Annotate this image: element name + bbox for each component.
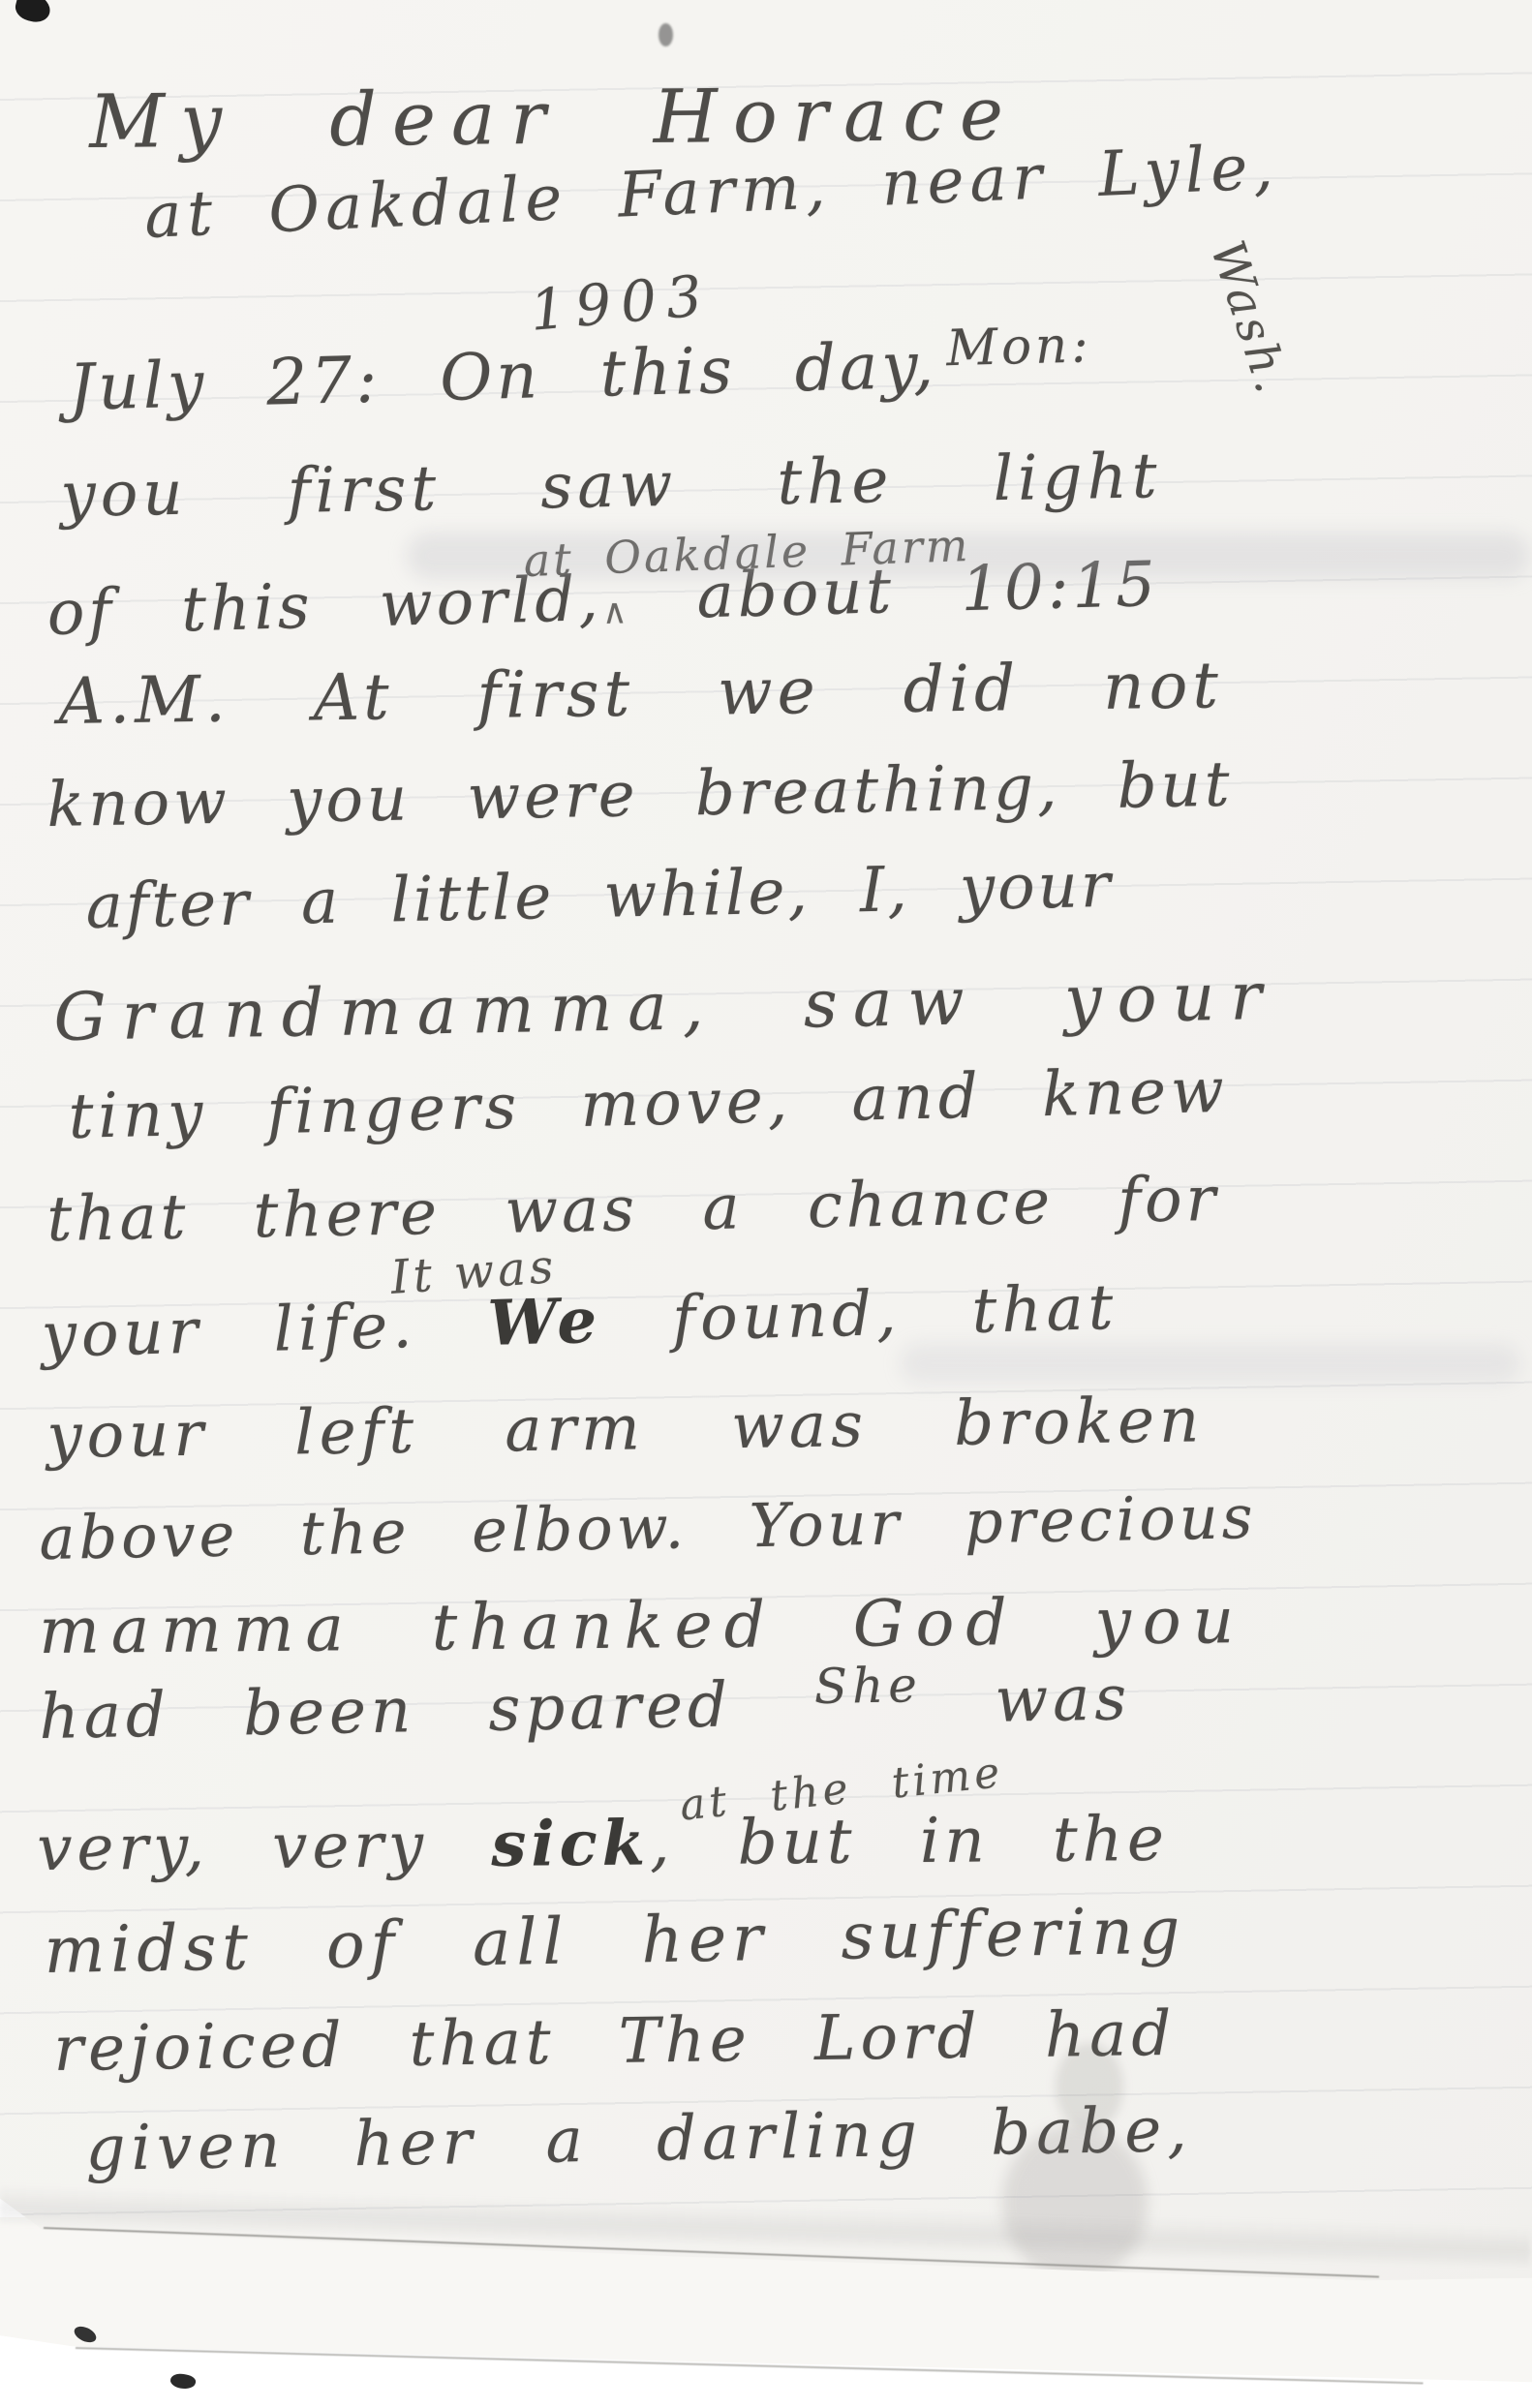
letter-line-l18: very, very sick, but in the [37,1809,1169,1880]
letter-line-l12: that there was a chance for [46,1169,1220,1251]
letter-text-segment: that there was a chance for [46,1164,1220,1256]
letter-line-year: 1903 [528,267,714,339]
letter-text-segment: rejoiced that The Lord had [53,1998,1177,2086]
letter-line-l14: your left arm was broken [46,1389,1205,1468]
letter-line-l7: A.M. At first we did not [58,654,1223,734]
letter-line-july: July 27: On this day,Mon: [68,329,1093,420]
letter-line-l20: rejoiced that The Lord had [53,2003,1177,2081]
letter-text-segment: A.M. At first we did not [58,648,1223,739]
letter-text-segment: Mon: [946,316,1093,378]
letter-text-segment: you first saw the light [60,441,1162,532]
letter-line-l8: know you were breathing, but [46,754,1234,837]
scan-smudge [901,1344,1520,1383]
letter-text-segment: tiny fingers move, and knew [68,1055,1230,1153]
letter-text-segment: after a little while, I, your [85,850,1114,943]
letter-text-segment: above the elbow. Your precious [39,1481,1257,1573]
letter-line-l10: Grandmamma, saw your [53,964,1277,1052]
letter-paper: My dear Horaceat Oakdale Farm, near Lyle… [0,0,1532,2408]
letter-text-segment: know you were breathing, but [46,749,1234,841]
bottom-edge-mark [169,2372,197,2391]
letter-text-segment: very, very [37,1810,492,1885]
letter-line-l9: after a little while, I, your [85,855,1114,938]
letter-text-segment: Grandmamma, saw your [53,959,1278,1056]
letter-line-l17: had been spared She was [39,1667,1132,1749]
letter-line-l15: above the elbow. Your precious [39,1487,1257,1569]
margin-note-vertical: Wash. [1200,234,1301,403]
scan-smudge [407,533,1530,579]
letter-text-segment: sick [491,1807,650,1880]
letter-text-segment: 1903 [528,262,715,344]
corner-ink-mark [13,0,53,25]
letter-text-segment: was [921,1662,1131,1738]
letter-line-l19: midst of all her suffering [44,1899,1186,1983]
letter-line-l5: you first saw the light [60,445,1162,527]
letter-line-l16: mamma thanked God you [39,1589,1245,1663]
top-edge-mark [659,23,673,46]
letter-line-salutation: My dear Horace [89,77,1019,159]
letter-text-segment: had been spared [39,1668,806,1753]
interlined-insertion-ins-itwas: It was [389,1243,559,1301]
scan-smudge [1002,2125,1148,2280]
letter-text-segment: your left arm was broken [46,1385,1205,1473]
letter-text-segment: mamma thanked God you [39,1583,1245,1668]
letter-text-segment: midst of all her suffering [44,1893,1186,1988]
letter-text-segment: July 27: On this day, [68,328,938,425]
letter-line-l11: tiny fingers move, and knew [68,1060,1229,1148]
letter-text-segment: She [813,1657,922,1715]
scan-smudge [1056,2043,1123,2130]
scanned-letter-page: My dear Horaceat Oakdale Farm, near Lyle… [0,0,1532,2408]
letter-text-segment: ∧ [601,592,631,632]
